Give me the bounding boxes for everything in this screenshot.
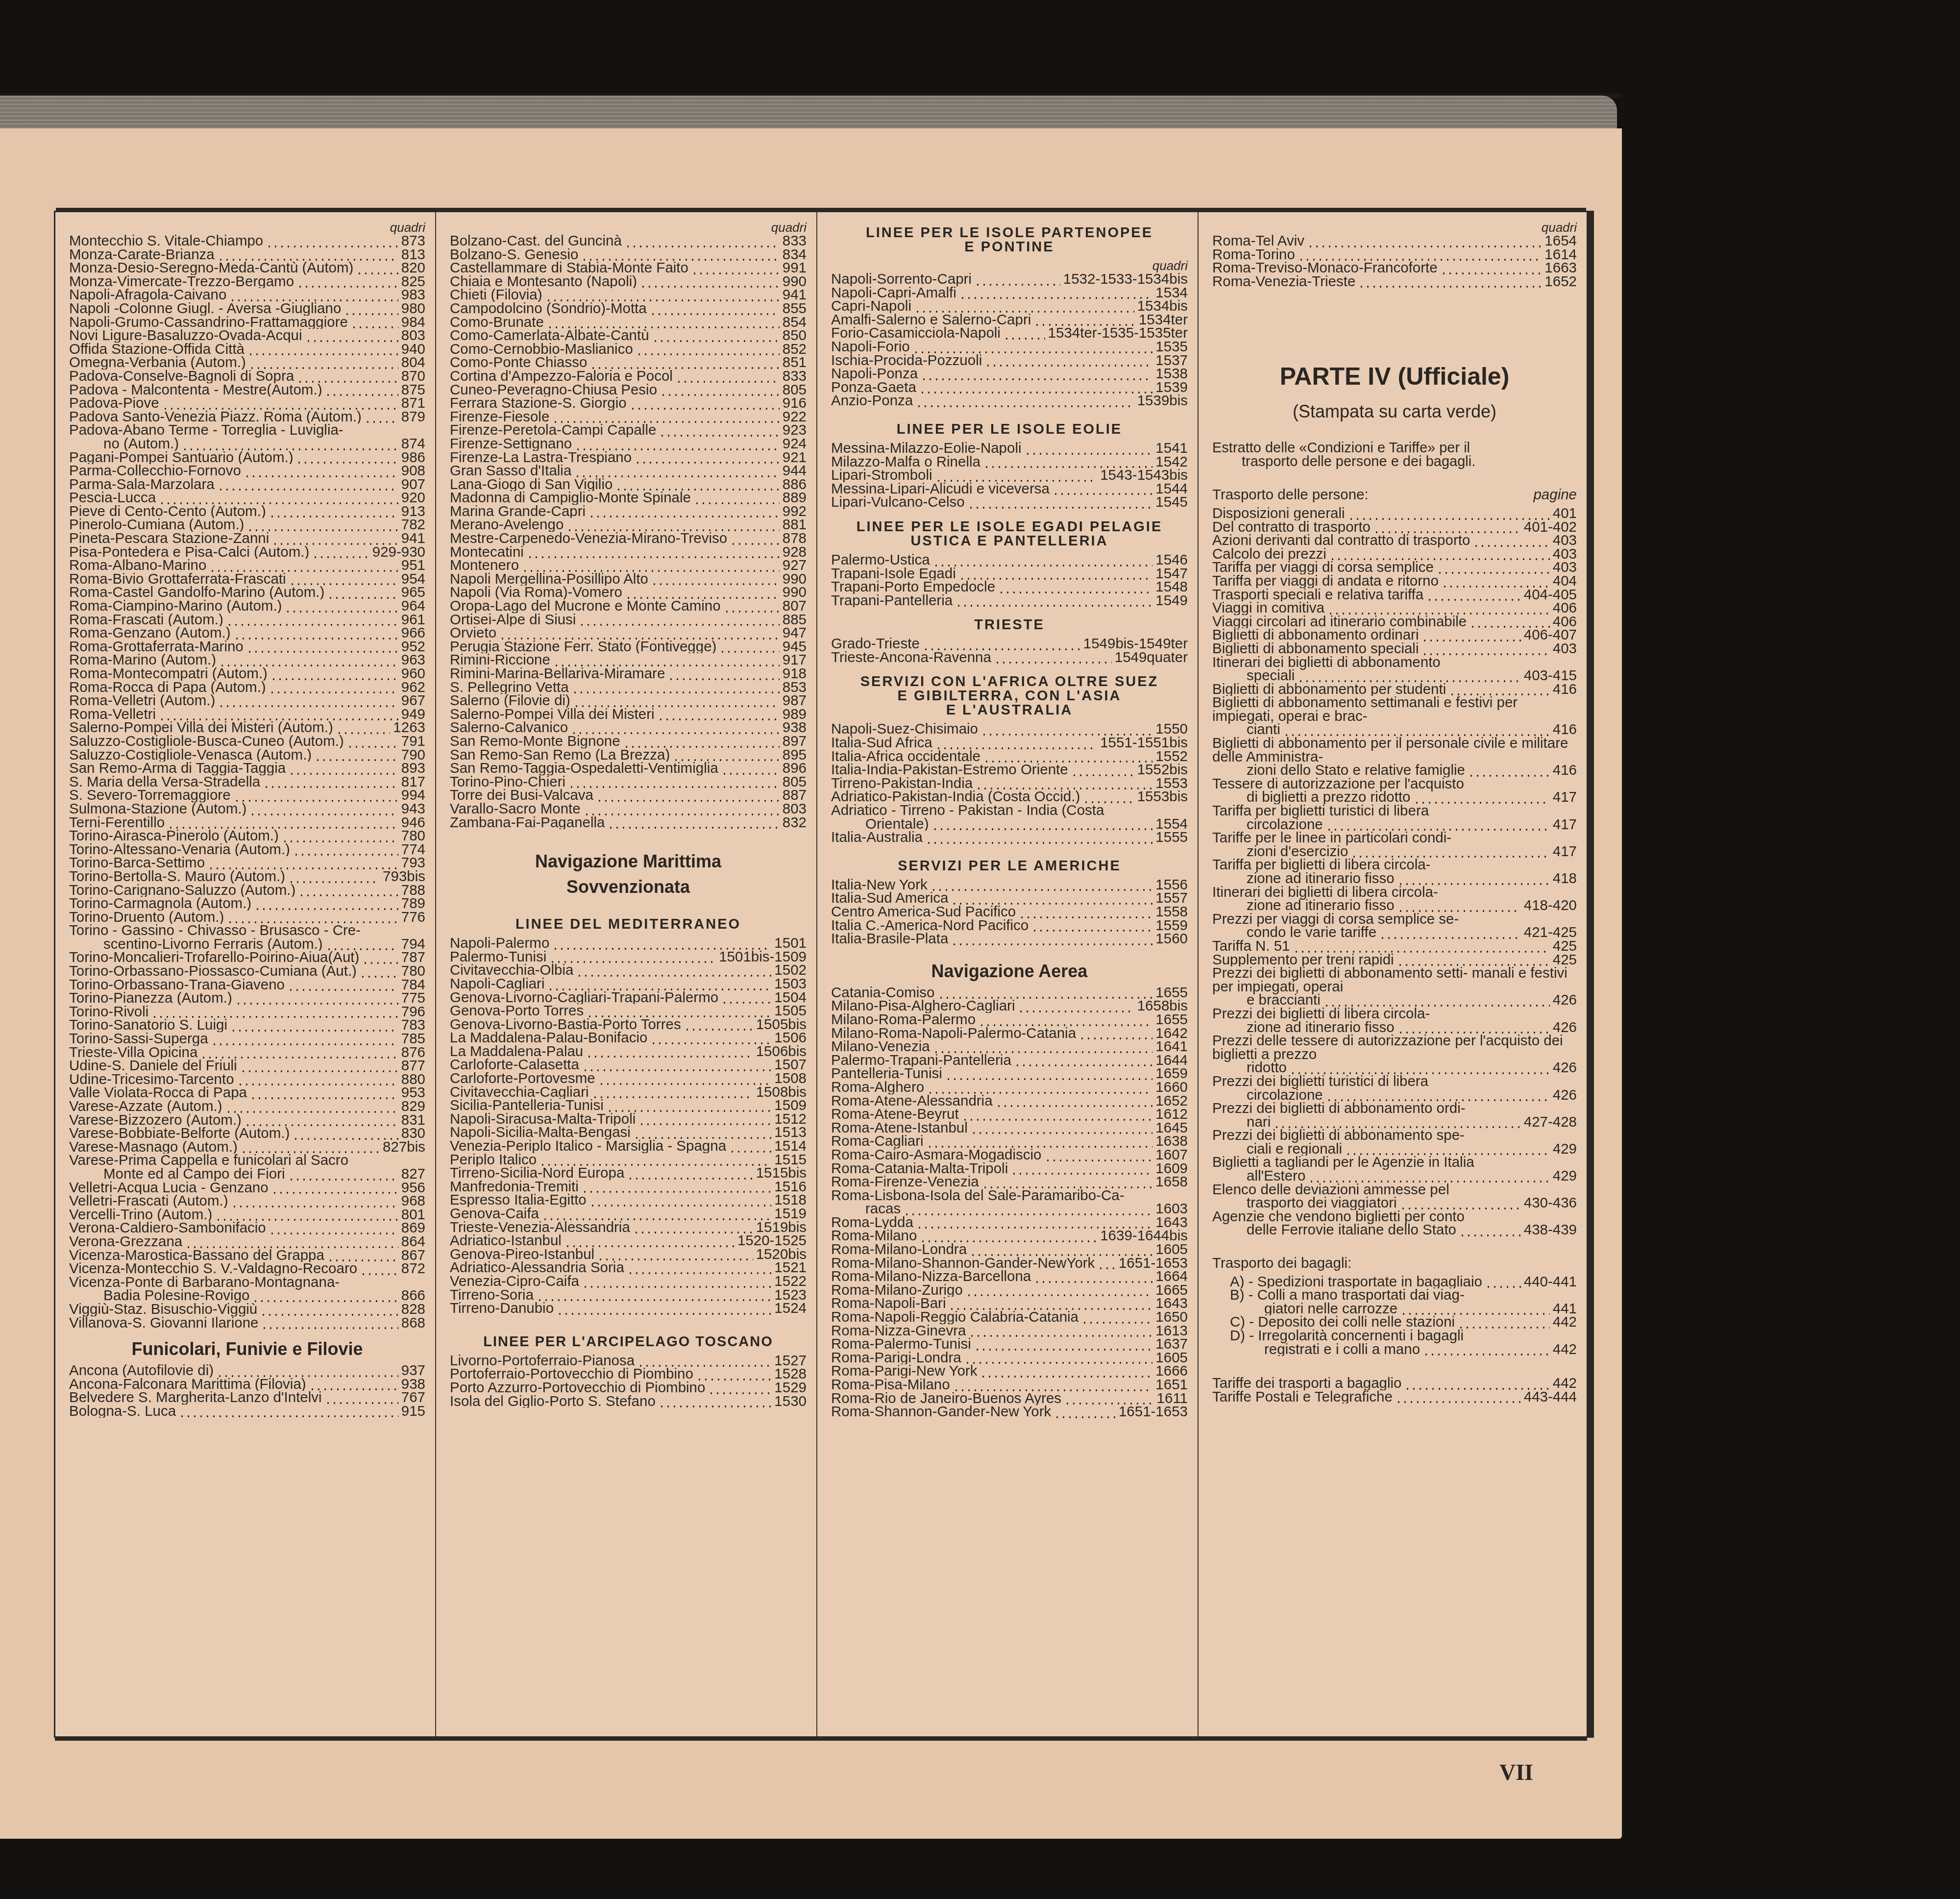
entry-label: Padova Santo-Venezia Piazz. Roma (Autom.… xyxy=(69,410,362,424)
entry-reference-number: 1539 xyxy=(1155,381,1188,395)
entry-reference-number: 1663 xyxy=(1544,261,1577,275)
entry-label: Saluzzo-Costigliole-Busca-Cuneo (Autom.) xyxy=(69,735,344,748)
dot-leader xyxy=(964,1354,1153,1364)
entry-label: Napoli-Ponza xyxy=(831,367,918,381)
index-entry: San Remo-Monte Bignone897 xyxy=(450,735,807,748)
entry-label-continued: zioni d'esercizio xyxy=(1247,845,1348,859)
entry-label: Napoli (Via Roma)-Vomero xyxy=(450,586,622,599)
dot-leader xyxy=(650,305,780,316)
entry-reference-number: 853 xyxy=(783,681,807,694)
dot-leader xyxy=(921,370,1152,381)
dot-leader xyxy=(1441,264,1542,275)
dot-leader xyxy=(953,1381,1153,1392)
index-entry: Torre dei Busi-Valcava887 xyxy=(450,789,807,802)
index-entry: C) - Deposito dei colli nelle stazioni44… xyxy=(1230,1315,1577,1329)
entry-reference-number: 403 xyxy=(1553,534,1577,547)
egadi-list: Palermo-Ustica1546Trapani-Isole Egadi154… xyxy=(831,553,1188,607)
dot-leader xyxy=(676,372,780,383)
index-entry: Messina-Milazzo-Eolie-Napoli1541 xyxy=(831,442,1188,455)
entry-label: Calcolo dei prezzi xyxy=(1212,547,1326,561)
entry-reference-number: 1658 xyxy=(1155,1175,1188,1189)
index-entry: Villanova-S. Giovanni Ilarione868 xyxy=(69,1316,425,1330)
entry-label-continued: ciali e regionali xyxy=(1247,1142,1342,1156)
index-entry: Marina Grande-Capri992 xyxy=(450,505,807,518)
index-entry: Del contratto di trasporto401-402 xyxy=(1212,520,1577,534)
entry-label: Biglietti di abbonamento speciali xyxy=(1212,642,1419,656)
index-entry: Roma-Genzano (Autom.)966 xyxy=(69,626,425,640)
entry-reference-number: 1539bis xyxy=(1137,394,1188,408)
entry-label: Torino-Altessano-Venaria (Autom.) xyxy=(69,843,290,857)
entry-label: Novi Ligure-Basaluzzo-Ovada-Acqui xyxy=(69,329,302,343)
index-entry: Milano-Roma-Napoli-Palermo-Catania1642 xyxy=(831,1027,1188,1040)
quadri-header: quadri xyxy=(450,221,807,234)
entry-label: Roma-Alghero xyxy=(831,1081,924,1094)
entry-label: Tirreno-Sicilia-Nord Europa xyxy=(450,1166,624,1180)
entry-reference-number: 1505bis xyxy=(756,1018,807,1032)
dot-leader xyxy=(927,1084,1152,1094)
persone-heading: Trasporto delle persone: pagine xyxy=(1212,488,1577,502)
entry-reference-number: 908 xyxy=(401,464,425,478)
entry-reference-number: 989 xyxy=(783,708,807,721)
entry-reference-number: 850 xyxy=(783,329,807,343)
entry-reference-number: 1643 xyxy=(1155,1297,1188,1310)
dot-leader xyxy=(305,332,398,343)
dot-leader xyxy=(240,1062,398,1073)
entry-label: Monza-Vimercate-Trezzo-Bergamo xyxy=(69,275,294,289)
dot-leader xyxy=(913,343,1153,354)
entry-label-continued: di biglietti a prezzo ridotto xyxy=(1247,790,1411,804)
entry-reference-number: 425 xyxy=(1553,939,1577,953)
dot-leader xyxy=(935,739,1098,750)
entry-label: Carloforte-Calasetta xyxy=(450,1058,579,1072)
dot-leader xyxy=(209,562,398,572)
entry-label: San Remo-Monte Bignone xyxy=(450,735,620,748)
entry-label: Genova-Pireo-Istanbul xyxy=(450,1248,594,1261)
entry-reference-number: 940 xyxy=(401,343,425,356)
entry-label: Roma-Shannon-Gander-New York xyxy=(831,1405,1051,1419)
index-entry: Vicenza-Montecchio S. V.-Valdagno-Recoar… xyxy=(69,1262,425,1276)
dot-leader xyxy=(927,1137,1153,1148)
index-entry: Varese-Masnago (Autom.)827bis xyxy=(69,1140,425,1154)
entry-reference-number: 1552 xyxy=(1155,750,1188,764)
index-entry: Portoferraio-Portovecchio di Piombino152… xyxy=(450,1367,807,1381)
dot-leader xyxy=(571,724,780,735)
dot-leader xyxy=(1298,672,1520,683)
dot-leader xyxy=(215,1210,398,1221)
entry-label: Italia C.-America-Nord Pacifico xyxy=(831,919,1029,933)
dot-leader xyxy=(588,507,780,518)
entry-label: Tariffe per le linee in particolari cond… xyxy=(1212,831,1577,845)
dot-leader xyxy=(1327,604,1550,615)
entry-label: Firenze-La Lastra-Trespiano xyxy=(450,451,632,465)
entry-label: Chiaia e Montesanto (Napoli) xyxy=(450,275,637,289)
entry-reference-number: 1515bis xyxy=(756,1166,807,1180)
entry-reference-number: 1553bis xyxy=(1137,790,1188,804)
entry-label: Firenze-Fiesole xyxy=(450,410,549,424)
dot-leader xyxy=(623,738,780,748)
dot-leader xyxy=(246,642,398,653)
index-entry: Prezzi per viaggi di corsa semplice se-c… xyxy=(1212,913,1577,939)
quadri-header: quadri xyxy=(69,221,425,234)
dot-leader xyxy=(1307,237,1542,248)
entry-label: Salerno-Pompei Villa dei Misteri (Autom.… xyxy=(69,721,333,735)
entry-reference-number: 1611 xyxy=(1157,1392,1188,1406)
index-entry: Torino-Barca-Settimo793 xyxy=(69,856,425,870)
entry-reference-number: 963 xyxy=(401,653,425,667)
dot-leader xyxy=(650,1034,771,1045)
index-entry: D) - Irregolarità concernenti i bagaglir… xyxy=(1230,1329,1577,1356)
column-1: quadri Montecchio S. Vitale-Chiampo873Mo… xyxy=(55,212,435,1736)
index-entry: Lipari-Stromboli1543-1543bis xyxy=(831,469,1188,482)
entry-reference-number: 915 xyxy=(401,1405,425,1418)
section-title-aerea: Navigazione Aerea xyxy=(831,961,1188,982)
index-entry: Vicenza-Marostica-Bassano del Grappa867 xyxy=(69,1249,425,1262)
dot-leader xyxy=(252,1292,398,1303)
index-entry: Roma-Velletri (Autom.)967 xyxy=(69,694,425,708)
dot-leader xyxy=(994,653,1112,664)
entry-label: Prezzi per viaggi di corsa semplice se- xyxy=(1212,913,1577,926)
entry-reference-number: 1532-1533-1534bis xyxy=(1063,272,1188,286)
dot-leader xyxy=(537,1291,771,1302)
entry-label: Bolzano-Cast. del Guncinà xyxy=(450,234,622,248)
entry-reference-number: 1557 xyxy=(1155,891,1188,905)
index-entry: Napoli-Grumo-Cassandrino-Frattamaggiore9… xyxy=(69,316,425,329)
index-entry: Messina-Lipari-Alicudi e viceversa1544 xyxy=(831,482,1188,496)
index-entry: Tariffe Postali e Telegrafiche443-444 xyxy=(1212,1390,1577,1404)
entry-reference-number: 1506bis xyxy=(756,1045,807,1059)
index-entry: Monza-Carate-Brianza813 xyxy=(69,248,425,262)
entry-label: Adriatico-Alessandria Soria xyxy=(450,1261,624,1275)
index-entry: Trieste-Ancona-Ravenna1549quater xyxy=(831,651,1188,665)
entry-reference-number: 1559 xyxy=(1155,919,1188,933)
entry-label: Biglietti di abbonamento ordinari xyxy=(1212,628,1419,642)
entry-reference-number: 1607 xyxy=(1155,1148,1188,1162)
entry-reference-number: 801 xyxy=(401,1208,425,1222)
entry-reference-number: 1508bis xyxy=(756,1085,807,1099)
entry-label: Catania-Comiso xyxy=(831,986,935,1000)
partenopee-list: Napoli-Sorrento-Capri1532-1533-1534bisNa… xyxy=(831,272,1188,408)
dot-leader xyxy=(633,1223,753,1234)
entry-reference-number: 941 xyxy=(783,288,807,302)
index-entry: Roma-Grottaferrata-Marino952 xyxy=(69,640,425,654)
entry-label: Monza-Carate-Brianza xyxy=(69,248,215,262)
dot-leader xyxy=(211,1035,398,1046)
entry-label: San Remo-Taggia-Ospedaletti-Ventimiglia xyxy=(450,762,718,775)
entry-reference-number: 416 xyxy=(1553,764,1577,777)
entry-reference-number: 1666 xyxy=(1155,1364,1188,1378)
entry-reference-number: 947 xyxy=(783,626,807,640)
entry-reference-number: 767 xyxy=(401,1391,425,1405)
entry-reference-number: 1501bis-1509 xyxy=(719,950,807,964)
entry-label-continued: giatori nelle carrozze xyxy=(1264,1302,1397,1316)
index-entry: Roma-Palermo-Tunisi1637 xyxy=(831,1337,1188,1351)
entry-label: Castellammare di Stabia-Monte Faito xyxy=(450,261,688,275)
entry-reference-number: 1537 xyxy=(1155,354,1188,368)
entry-label: Valle Violata-Rocca di Papa xyxy=(69,1086,247,1100)
entry-reference-number: 1641 xyxy=(1155,1040,1188,1054)
entry-reference-number: 855 xyxy=(783,302,807,316)
entry-label: Pescia-Lucca xyxy=(69,491,156,505)
entry-reference-number: 780 xyxy=(401,964,425,978)
index-entry: Como-Cernobbio-Maslianico852 xyxy=(450,343,807,356)
dot-leader xyxy=(1298,250,1542,261)
entry-label: Como-Brunate xyxy=(450,316,544,329)
entry-reference-number: 406-407 xyxy=(1524,628,1577,642)
dot-leader xyxy=(282,832,398,843)
entry-reference-number: 924 xyxy=(783,437,807,451)
index-entry: Ferrara Stazione-S. Giorgio916 xyxy=(450,396,807,410)
section-title-funicolari: Funicolari, Funivie e Filovie xyxy=(69,1338,425,1360)
dot-leader xyxy=(1031,921,1152,932)
index-entry: Udine-S. Daniele del Friuli877 xyxy=(69,1059,425,1073)
entry-reference-number: 1551-1551bis xyxy=(1100,736,1188,750)
index-entry: Tariffe per le linee in particolari cond… xyxy=(1212,831,1577,858)
index-entry: Napoli-Forio1535 xyxy=(831,340,1188,354)
index-entry: Roma-Nizza-Ginevra1613 xyxy=(831,1324,1188,1338)
dot-leader xyxy=(234,629,398,640)
entry-label: Roma-Cagliari xyxy=(831,1134,924,1148)
entry-reference-number: 425 xyxy=(1553,953,1577,967)
column-2-list: Bolzano-Cast. del Guncinà833Bolzano-S. G… xyxy=(450,234,807,829)
index-entry: Pisa-Pontedera e Pisa-Calci (Autom.)929-… xyxy=(69,545,425,559)
entry-label: Grado-Trieste xyxy=(831,637,920,651)
entry-label: Vicenza-Montecchio S. V.-Valdagno-Recoar… xyxy=(69,1262,357,1276)
entry-reference-number: 895 xyxy=(783,748,807,762)
persone-list: Disposizioni generali401Del contratto di… xyxy=(1212,507,1577,1237)
entry-reference-number: 1524 xyxy=(774,1302,807,1315)
index-entry: Prezzi dei biglietti di abbonamento spe-… xyxy=(1212,1129,1577,1156)
entry-label: Torino-Orbassano-Trana-Giaveno xyxy=(69,978,285,992)
entry-label: Milano-Roma-Napoli-Palermo-Catania xyxy=(831,1027,1076,1040)
entry-label-continued: no (Autom.) xyxy=(103,437,179,451)
dot-leader xyxy=(1014,1056,1153,1067)
entry-label: Como-Cernobbio-Maslianico xyxy=(450,343,633,356)
entry-reference-number: 793bis xyxy=(383,870,425,884)
dot-leader xyxy=(1421,645,1549,656)
dot-leader xyxy=(1081,1313,1152,1324)
index-entry: Roma-Ciampino-Marino (Autom.)964 xyxy=(69,599,425,613)
entry-reference-number: 1643 xyxy=(1155,1216,1188,1230)
index-entry: Genova-Caifa1519 xyxy=(450,1207,807,1221)
entry-reference-number: 937 xyxy=(401,1364,425,1378)
entry-reference-number: 403 xyxy=(1553,561,1577,574)
dot-leader xyxy=(360,1265,398,1276)
entry-label: Roma-Firenze-Venezia xyxy=(831,1175,979,1189)
entry-reference-number: 416 xyxy=(1553,683,1577,696)
entry-reference-number: 1644 xyxy=(1155,1054,1188,1067)
index-entry: Torino-Carmagnola (Autom.)789 xyxy=(69,897,425,911)
index-entry: La Maddalena-Palau-Bonifacio1506 xyxy=(450,1031,807,1045)
index-entry: Palermo-Tunisi1501bis-1509 xyxy=(450,950,807,964)
dot-leader xyxy=(1293,942,1550,953)
index-entry: La Maddalena-Palau1506bis xyxy=(450,1045,807,1059)
entry-label: Roma-Grottaferrata-Marino xyxy=(69,640,244,654)
entry-reference-number: 1520-1525 xyxy=(737,1234,807,1248)
dot-leader xyxy=(673,751,780,762)
dot-leader xyxy=(573,697,780,708)
dot-leader xyxy=(247,521,398,532)
index-entry: Italia-Brasile-Plata1560 xyxy=(831,932,1188,946)
parte-iv-title: PARTE IV (Ufficiale) xyxy=(1212,362,1577,391)
dot-leader xyxy=(724,602,780,613)
entry-reference-number: 780 xyxy=(401,829,425,843)
dot-leader xyxy=(933,556,1153,567)
index-entry: Roma-Atene-Alessandria1652 xyxy=(831,1094,1188,1108)
pagine-header: pagine xyxy=(1533,488,1577,502)
entry-label: Prezzi dei biglietti di abbonamento spe- xyxy=(1212,1129,1577,1142)
dot-leader xyxy=(575,440,780,451)
entry-reference-number: 896 xyxy=(783,762,807,775)
dot-leader xyxy=(951,935,1152,946)
dot-leader xyxy=(615,480,779,491)
index-entry: Saluzzo-Costigliole-Venasca (Autom.)790 xyxy=(69,748,425,762)
entry-label-continued: circolazione xyxy=(1247,1088,1323,1102)
entry-label: Roma-Atene-Alessandria xyxy=(831,1094,993,1108)
entry-reference-number: 967 xyxy=(401,694,425,708)
entry-reference-number: 1556 xyxy=(1155,878,1188,892)
entry-reference-number: 1546 xyxy=(1155,553,1188,567)
index-entry: Cortina d'Ampezzo-Faloria e Pocol833 xyxy=(450,370,807,383)
entry-label: Italia-Australia xyxy=(831,831,923,844)
entry-label: Omegna-Verbania (Autom.) xyxy=(69,356,246,370)
index-entry: S. Severo-Torremaggiore994 xyxy=(69,789,425,802)
entry-reference-number: 1534ter-1535-1535ter xyxy=(1048,326,1188,340)
entry-label: Genova-Porto Torres xyxy=(450,1004,584,1018)
entry-label: Prezzi dei biglietti turistici di libera xyxy=(1212,1075,1577,1088)
entry-reference-number: 1534bis xyxy=(1137,299,1188,313)
index-entry: Parma-Collecchio-Fornovo908 xyxy=(69,464,425,478)
index-entry: Torino-Pianezza (Autom.)775 xyxy=(69,991,425,1005)
dot-leader xyxy=(245,1116,398,1127)
dot-leader xyxy=(932,820,1153,831)
entry-label: Itinerari dei biglietti di libera circol… xyxy=(1212,886,1577,899)
index-entry: Gran Sasso d'Italia944 xyxy=(450,464,807,478)
index-entry: Pantelleria-Tunisi1659 xyxy=(831,1067,1188,1081)
entry-reference-number: 945 xyxy=(783,640,807,654)
entry-label: Pisa-Pontedera e Pisa-Calci (Autom.) xyxy=(69,545,309,559)
dot-leader xyxy=(271,1184,398,1194)
index-entry: Biglietti di abbonamento settimanali e f… xyxy=(1212,696,1577,737)
entry-reference-number: 851 xyxy=(783,356,807,370)
entry-reference-number: 418 xyxy=(1553,872,1577,886)
section-title-eolie: LINEE PER LE ISOLE EOLIE xyxy=(831,422,1188,437)
entry-label: Lana-Giogo di San Vigilio xyxy=(450,478,612,492)
entry-reference-number: 875 xyxy=(401,383,425,397)
entry-label: Orvieto xyxy=(450,626,496,640)
entry-reference-number: 440-441 xyxy=(1524,1275,1577,1289)
entry-label: Roma-Milano-Zurigo xyxy=(831,1283,963,1297)
section-title-mediterraneo: LINEE DEL MEDITERRANEO xyxy=(450,917,807,932)
entry-reference-number: 1555 xyxy=(1155,831,1188,844)
index-entry: Roma-Treviso-Monaco-Francoforte1663 xyxy=(1212,261,1577,275)
index-entry: Manfredonia-Tremiti1516 xyxy=(450,1180,807,1194)
entry-reference-number: 881 xyxy=(783,518,807,532)
dot-leader xyxy=(231,1197,398,1208)
entry-label: Ancona (Autofilovie di) xyxy=(69,1364,214,1378)
entry-label: C) - Deposito dei colli nelle stazioni xyxy=(1230,1315,1455,1329)
entry-label: Venezia-Periplo Italico - Marsiglia - Sp… xyxy=(450,1139,726,1153)
dot-leader xyxy=(694,494,780,505)
dot-leader xyxy=(1071,766,1134,777)
entry-label: Rimini-Riccione xyxy=(450,653,550,667)
entry-reference-number: 794 xyxy=(401,937,425,951)
entry-reference-number: 1605 xyxy=(1155,1243,1188,1257)
entry-reference-number: 1645 xyxy=(1155,1121,1188,1135)
dot-leader xyxy=(582,1183,772,1193)
entry-reference-number: 1639-1644bis xyxy=(1100,1229,1188,1243)
entry-label: Terni-Ferentillo xyxy=(69,816,165,830)
index-entry: Adriatico-Istanbul1520-1525 xyxy=(450,1234,807,1248)
entry-label: Genova-Livorno-Bastia-Porto Torres xyxy=(450,1018,681,1032)
entry-label: Roma-Milano-Nizza-Barcellona xyxy=(831,1270,1031,1283)
dot-leader xyxy=(658,710,780,721)
dot-leader xyxy=(549,953,716,963)
entry-reference-number: 1509 xyxy=(774,1099,807,1112)
entry-reference-number: 1545 xyxy=(1155,495,1188,509)
dot-leader xyxy=(949,1300,1152,1310)
index-entry: Carloforte-Calasetta1507 xyxy=(450,1058,807,1072)
aerea-list: Catania-Comiso1655Milano-Pisa-Alghero-Ca… xyxy=(831,986,1188,1419)
entry-label: Genova-Caifa xyxy=(450,1207,539,1221)
index-entry: Roma-Pisa-Milano1651 xyxy=(831,1378,1188,1392)
dot-leader xyxy=(309,1380,398,1391)
entry-label: Torino-Barca-Settimo xyxy=(69,856,205,870)
entry-label: Padova-Abano Terme - Torreglia - Luvigli… xyxy=(69,423,425,437)
entry-label: Messina-Milazzo-Eolie-Napoli xyxy=(831,442,1022,455)
entry-label: Roma-Napoli-Reggio Calabria-Catania xyxy=(831,1310,1078,1324)
index-entry: San Remo-San Remo (La Brezza)895 xyxy=(450,748,807,762)
index-entry: Campodolcino (Sondrio)-Motta855 xyxy=(450,302,807,316)
entry-label-continued: zioni dello Stato e relative famiglie xyxy=(1247,764,1465,777)
index-entry: Tirreno-Sicilia-Nord Europa1515bis xyxy=(450,1166,807,1180)
entry-label: Carloforte-Portovesme xyxy=(450,1072,595,1085)
entry-label-continued: registrati e i colli a mano xyxy=(1264,1343,1420,1356)
entry-label: Campodolcino (Sondrio)-Motta xyxy=(450,302,647,316)
entry-label: Parma-Sala-Marzolara xyxy=(69,478,215,492)
index-entry: Genova-Livorno-Cagliari-Trapani-Palermo1… xyxy=(450,991,807,1005)
dot-leader xyxy=(159,710,398,721)
entry-label: Padova - Malcontenta - Mestre(Autom.) xyxy=(69,383,322,397)
entry-reference-number: 418-420 xyxy=(1524,899,1577,913)
entry-label: Napoli-Sorrento-Capri xyxy=(831,272,972,286)
entry-reference-number: 1548 xyxy=(1155,580,1188,594)
index-entry: Centro America-Sud Pacifico1558 xyxy=(831,905,1188,919)
entry-reference-number: 1501 xyxy=(774,937,807,950)
entry-reference-number: 1263 xyxy=(393,721,425,735)
entry-reference-number: 426 xyxy=(1553,993,1577,1007)
index-entry: Venezia-Cipro-Caifa1522 xyxy=(450,1275,807,1288)
entry-label: Del contratto di trasporto xyxy=(1212,520,1371,534)
index-entry: Como-Brunate854 xyxy=(450,316,807,329)
index-entry: Omegna-Verbania (Autom.)804 xyxy=(69,356,425,370)
index-entry: S. Pellegrino Vetta853 xyxy=(450,681,807,694)
entry-reference-number: 1560 xyxy=(1155,932,1188,946)
page-edges xyxy=(0,96,1617,131)
index-entry: Biglietti di abbonamento per studenti416 xyxy=(1212,683,1577,696)
entry-reference-number: 873 xyxy=(401,234,425,248)
entry-reference-number: 1512 xyxy=(774,1112,807,1126)
entry-label: Palermo-Ustica xyxy=(831,553,930,567)
index-entry: Disposizioni generali401 xyxy=(1212,507,1577,520)
index-entry: Adriatico-Pakistan-India (Costa Occid.)1… xyxy=(831,790,1188,804)
index-entry: Biglietti a tagliandi per le Agenzie in … xyxy=(1212,1156,1577,1183)
entry-label: Como-Ponte Chiasso xyxy=(450,356,587,370)
entry-label-continued: trasporto dei viaggiatori xyxy=(1247,1196,1397,1210)
index-entry: Roma-Napoli-Reggio Calabria-Catania1650 xyxy=(831,1310,1188,1324)
entry-reference-number: 427-428 xyxy=(1524,1115,1577,1129)
entry-reference-number: 944 xyxy=(783,464,807,478)
entry-label: Trieste-Venezia-Alessandria xyxy=(450,1221,630,1234)
